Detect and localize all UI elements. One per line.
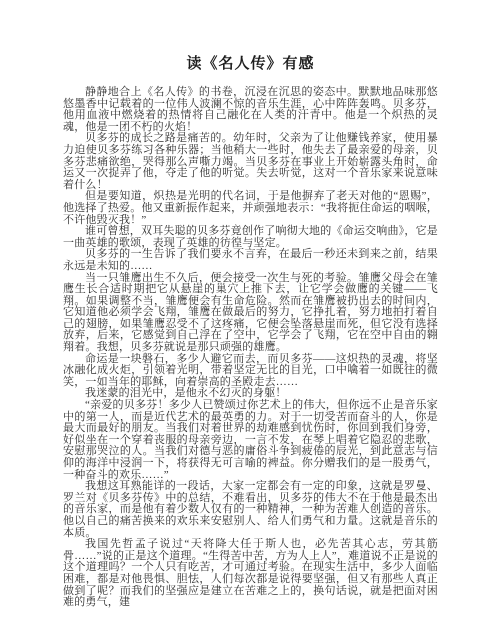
paragraph: 静静地合上《名人传》的书卷，沉浸在沉思的姿态中。默默地品味那悠悠墨香中记载着的一… — [63, 87, 438, 133]
paragraph: 当一只雏鹰出生不久后，便会接受一次生与死的考验。雏鹰父母会在雏鹰生长合适时期把它… — [63, 273, 438, 354]
paragraph: 贝多芬的成长之路是痛苦的。幼年时，父亲为了让他赚钱养家，使用暴力迫使贝多芬练习各… — [63, 133, 438, 191]
paragraph: 我国先哲孟子说过“天将降大任于斯人也，必先苦其心志，劳其筋骨……”说的正是这个道… — [63, 539, 438, 609]
paragraph: 但是要知道，炽热是光明的代名词，于是他摒弃了老天对他的“恩赐”，他选择了热爱。他… — [63, 191, 438, 226]
document-title: 读《名人传》有感 — [63, 54, 438, 74]
document-page: 读《名人传》有感 静静地合上《名人传》的书卷，沉浸在沉思的姿态中。默默地品味那悠… — [0, 0, 500, 625]
paragraph: 我想这耳熟能详的一段话，大家一定都会有一定的印象，这就是罗曼、罗兰对《贝多芬传》… — [63, 481, 438, 539]
paragraph: “亲爱的贝多芬！多少人已赞颂过你艺术上的伟大，但你远不止是音乐家中的第一人，而是… — [63, 400, 438, 481]
paragraph: 命运是一块磐石，多少人避它而去，而贝多芬——这炽热的灵魂，将坚冰融化成火炬，引领… — [63, 354, 438, 389]
paragraph: 贝多芬的一生告诉了我们要永不言弃，在最后一秒还未到来之前，结果永远是未知的…… — [63, 249, 438, 272]
paragraph: 谁可曾想，双耳失聪的贝多芬竟创作了响彻大地的《命运交响曲》，它是一曲英雄的歌颂，… — [63, 226, 438, 249]
